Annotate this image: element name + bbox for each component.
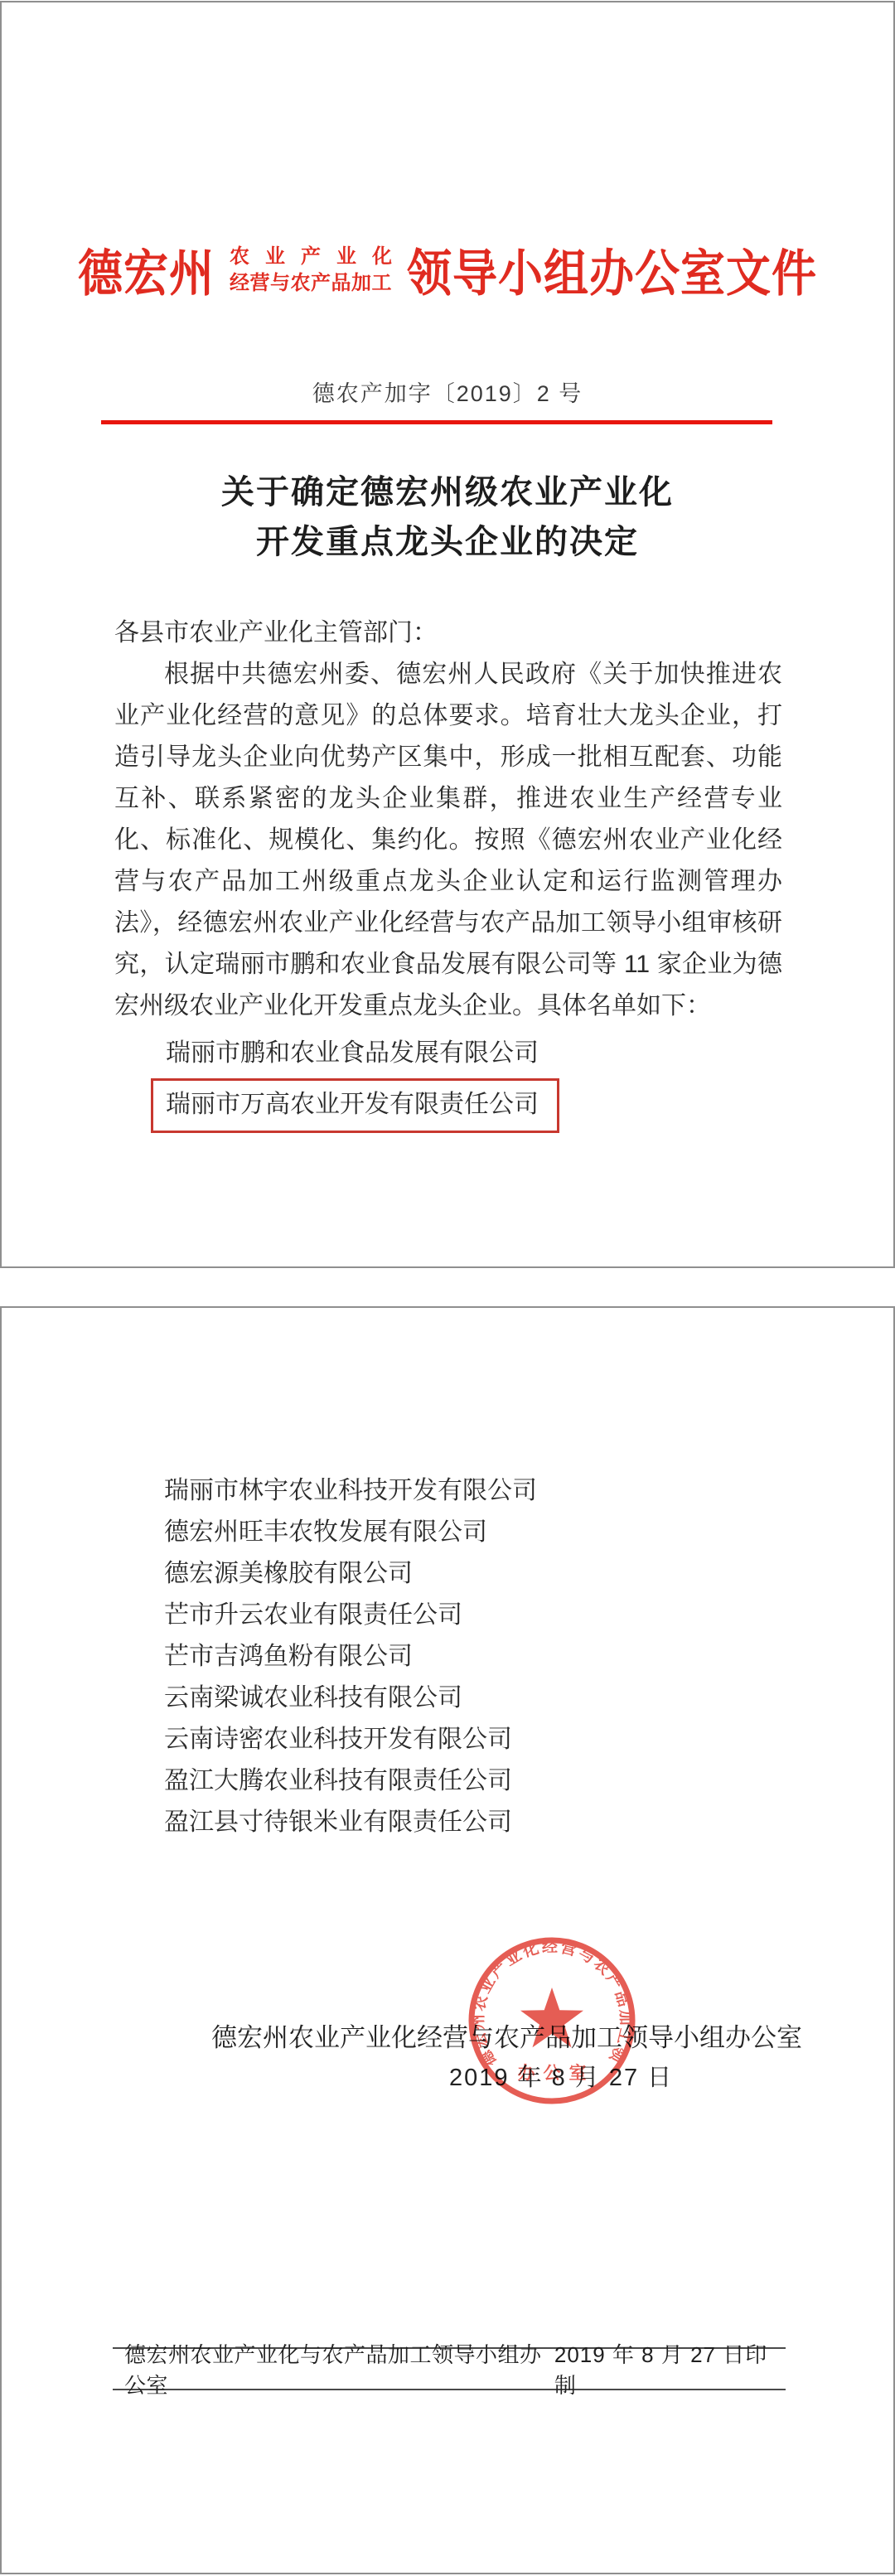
highlighted-company-row: 瑞丽市万高农业开发有限责任公司 (151, 1078, 893, 1133)
letterhead-org-small-block: 农业产业化 经营与农产品加工 (230, 244, 392, 297)
company-list-page1: 瑞丽市鹏和农业食品发展有限公司 瑞丽市万高农业开发有限责任公司 (2, 1032, 893, 1133)
document-title-line1: 关于确定德宏州级农业产业化 (2, 467, 893, 517)
document-body: 各县市农业产业化主管部门： 根据中共德宏州委、德宏州人民政府《关于加快推进农业产… (2, 613, 893, 1027)
letterhead-org-small-line1: 农业产业化 (230, 244, 392, 270)
footer-office-name: 德宏州农业产业化与农产品加工领导小组办公室 (124, 2338, 554, 2399)
print-footer: 德宏州农业产业化与农产品加工领导小组办公室 2019 年 8 月 27 日印制 (113, 2347, 786, 2390)
salutation: 各县市农业产业化主管部门： (114, 613, 782, 654)
list-item: 云南诗密农业科技开发有限公司 (164, 1719, 893, 1760)
company-list-page2: 瑞丽市林宇农业科技开发有限公司 德宏州旺丰农牧发展有限公司 德宏源美橡胶有限公司… (2, 1470, 893, 1843)
issue-date: 2019 年 8 月 27 日 (2, 2059, 893, 2097)
footer-print-date: 2019 年 8 月 27 日印制 (554, 2338, 774, 2399)
document-page-2: 瑞丽市林宇农业科技开发有限公司 德宏州旺丰农牧发展有限公司 德宏源美橡胶有限公司… (0, 1306, 895, 2574)
red-divider-rule (101, 420, 772, 424)
list-item: 盈江县寸待银米业有限责任公司 (164, 1802, 893, 1843)
issuing-office-signature: 德宏州农业产业化经营与农产品加工领导小组办公室 (2, 2017, 893, 2059)
red-letterhead: 德宏州 农业产业化 经营与农产品加工 领导小组办公室文件 (2, 238, 893, 302)
list-item: 瑞丽市鹏和农业食品发展有限公司 (166, 1032, 893, 1075)
letterhead-org-right: 领导小组办公室文件 (407, 234, 817, 305)
document-title-line2: 开发重点龙头企业的决定 (2, 517, 893, 567)
list-item: 德宏源美橡胶有限公司 (164, 1553, 893, 1595)
document-page-1: 德宏州 农业产业化 经营与农产品加工 领导小组办公室文件 德农产加字〔2019〕… (0, 1, 895, 1268)
letterhead-org-small-line2: 经营与农产品加工 (230, 270, 392, 297)
body-paragraph: 根据中共德宏州委、德宏州人民政府《关于加快推进农业产业化经营的意见》的总体要求。… (114, 654, 782, 1027)
document-number: 德农产加字〔2019〕2 号 (2, 381, 893, 406)
list-item: 瑞丽市林宇农业科技开发有限公司 (164, 1470, 893, 1512)
list-item: 芒市升云农业有限责任公司 (164, 1595, 893, 1636)
list-item: 云南梁诚农业科技有限公司 (164, 1678, 893, 1719)
document-title: 关于确定德宏州级农业产业化 开发重点龙头企业的决定 (2, 467, 893, 567)
list-item: 盈江大腾农业科技有限责任公司 (164, 1760, 893, 1802)
list-item: 德宏州旺丰农牧发展有限公司 (164, 1512, 893, 1553)
list-item: 芒市吉鸿鱼粉有限公司 (164, 1636, 893, 1678)
highlight-red-box: 瑞丽市万高农业开发有限责任公司 (151, 1078, 559, 1133)
letterhead-org-left: 德宏州 (78, 234, 215, 305)
